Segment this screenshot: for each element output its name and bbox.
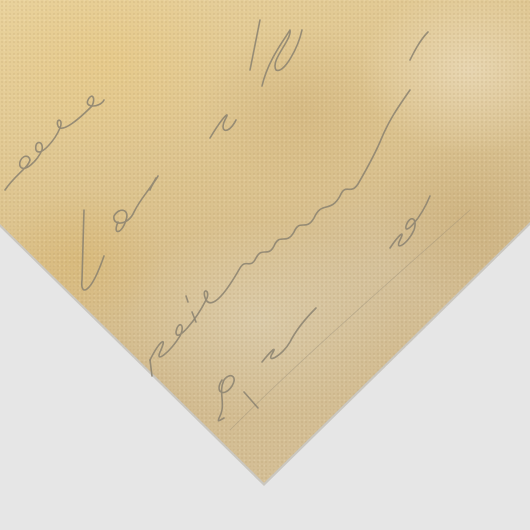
script-line-4 (218, 376, 258, 421)
script-line-2d (250, 20, 302, 86)
script-line-3 (150, 32, 428, 360)
script-line-4c (390, 196, 430, 248)
script-line-2c (210, 115, 236, 138)
product-image (0, 0, 530, 530)
script-line-2b (114, 176, 158, 232)
script-line-4b (262, 308, 316, 362)
script-baseline (230, 210, 470, 430)
script-line-3-tail (150, 296, 196, 376)
cursive-handwriting (0, 0, 530, 530)
script-line-1 (5, 96, 104, 190)
script-line-2 (82, 210, 104, 290)
